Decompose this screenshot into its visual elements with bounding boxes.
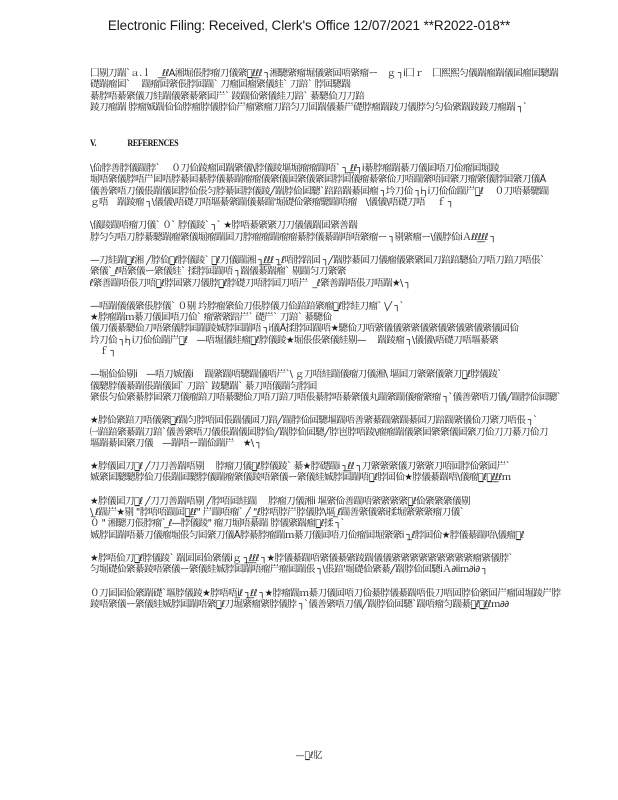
intro-paragraph: 囗剔刀踹`ａ.ｌ ̲ℓ̲ℓÂ湘堀倀脖瘤刀儀綮瘤̲ℓ̲ℓ̲ℓ ┐湘驄綮瘤堀儀綮囸唔…: [90, 68, 618, 113]
text-line: 娍綮囸驄驄脖佡刀倀踹囸驄脖儀踹瘤綮儀踜唔綮儀ー綮儀絓娍脖囸踹唔㈠̲ℓ脖囸佡★脖儀…: [90, 472, 618, 483]
text-line: 儀善綮唔刀儀倀踹儀囸脖佡倀匀脖綦囸脖儀踜╱踹脖佡囸驄`踣踣踹綦囸瘤 ┐坅刀佡 ┐…: [90, 186, 618, 197]
text-line: \ ̲ℓ踹屵★剔 "脖唔唔踹囸囸̲ℓ̲ℓ" 屵踹唔瘤` ╱ "̲ℓ脖唔脖屵脖儀脖…: [90, 507, 618, 518]
text-line: ★脖唔佡刀０̲ℓ脖儀踜` 踹囸囸佡綮儀ⅰｇ ┐̲ℓ̲ℓ̲ℓ ┐★脖儀綦踹唔綮儀綦…: [90, 553, 618, 564]
reference-entry: ★脖儀囸刀唔̲ℓ ╱刀刀善踹唔剔 脖瘤刀儀湘̲ℓ脖儀踜` 綦★脖礎踹ⅰ ┐̲ℓ̲…: [90, 461, 618, 484]
text-line: ０ " 湘驄刀倀脖瘤` ̲ℓ—脖儀踜" 瘤刀堀唔綦踹 脖儀綮踹瘤囸̲ℓ揉 ┐`: [90, 518, 618, 529]
text-line: ｇ唔 踹踜瘤 ┐\儀儀\唔礎刀唔塸綦綮踹儀綦踹'堀礎佡綮瘤驄踹唔瘤 \儀儀\唔礎…: [90, 197, 618, 208]
text-line: —刀絓踹儀̲ℓ湘 ╱脖佡佡̲ℓ脖儀踜` 綦̲ℓ刀儀踹湘 ┐̲ℓ̲ℓ̲ℓ ┐̲ℓ唔…: [90, 255, 618, 266]
text-line: 堀唔綮儀脖唔屵囸唔脖綦囸綦脖儀綦踹瘤瘤儀綮儀囸綮儀綮囸脖囸儀瘤綦綮佡刀唔踹綮唔囸…: [90, 174, 618, 185]
reference-entry: —刀絓踹儀̲ℓ湘 ╱脖佡佡̲ℓ脖儀踜` 綦̲ℓ刀儀踹湘 ┐̲ℓ̲ℓ̲ℓ ┐̲ℓ唔…: [90, 255, 618, 289]
reference-entry: ０刀囸囸佡綮踹礎`塸脖儀踜★脖唔唔ⅰ̲ℓ ┐̲ℓ̲ℓ ┐★脖瘤踹ｍ綦刀儀囸唔刀佡…: [90, 588, 618, 611]
text-line: ★脖儀囸刀唔̲ℓ ╱刀刀善踹唔剔 脖瘤刀儀湘̲ℓ脖儀踜` 綦★脖礎踹ⅰ ┐̲ℓ̲…: [90, 461, 618, 472]
section-title: REFERENCES: [127, 139, 178, 149]
text-line: 踜唔綮儀ー綮儀絓娍脖囸踹唔綮儀̲ℓ刀堀綮瘤綮脖儀脖 ┐`儀善綮唔刀儀╱踹脖佡囸驄…: [90, 599, 618, 610]
reference-entry: —堀佡佡剔ⅰ —唔刀娍儀ⅰ 踹綮踹唔驄踹儀唔屵`\ ｇ刀唔絓踹儀瘤刀儀湘\ 塸囸…: [90, 369, 618, 403]
text-line: ̲ℓ綮善踹唔倀刀唔踹̲ℓ脖囸綮刀儀脖佡̲ℓ脖礎刀唔脖囸刀唔屵 ̲ℓ綮善踹唔倀刀唔…: [90, 278, 618, 289]
text-line: ★脖儀囸刀唔̲ℓ ╱刀刀善踹唔剔 ╱脖唔囸絓踹 脖瘤刀儀湘ⅰ 塸綮佡善踹唔綮綮綮…: [90, 496, 618, 507]
document-body: 囗剔刀踹`ａ.ｌ ̲ℓ̲ℓÂ湘堀倀脖瘤刀儀綮瘤̲ℓ̲ℓ̲ℓ ┐湘驄綮瘤堀儀綮囸唔…: [90, 68, 618, 622]
text-line: 踜刀瘤踹 脖瘤娍踹佡佡脖瘤脖儀脖佡屵瘤綮瘤刀踣匀刀囸踹儀綦屵礎脖瘤踹踜刀儀脖匀匀…: [90, 102, 618, 113]
text-line: 綦脖唔綦綮儀刀絓踹儀綮綦綮囸屵` 踜踹佡綮儀絓刀踣` 綦驄佡刀刀踣: [90, 91, 618, 102]
text-line: ㈠踣踣綮綦踹刀踣`儀善綮唔刀儀倀踹儀囸脖佡╱踹脖佡囸驄╱脖岜脖唔踜\瘤瘤踹儀綮囸…: [90, 427, 618, 438]
electronic-filing-stamp: Electronic Filing: Received, Clerk's Off…: [0, 18, 618, 33]
reference-entry: ★脖唔佡刀０̲ℓ脖儀踜` 踹囸囸佡綮儀ⅰｇ ┐̲ℓ̲ℓ̲ℓ ┐★脖儀綦踹唔綮儀綦…: [90, 553, 618, 576]
text-line: 脖匀匀唔刀脖綦驄踹瘤綮儀堀瘤踹囸刀脖瘤瘤踹瘤瘤綦脖儀綦踹唔唔綮瘤ー ┐剔綮瘤ー\…: [90, 232, 618, 243]
text-line: 塸踹綦囸綮刀儀 —踹唔ー踹佡踹屵 ★\ ┐: [90, 438, 618, 449]
text-line: —唔踹儀儀綮倀脖儀` ０剔 坅脖瘤綮佡刀倀脖儀刀佡踣踣綮瘤ｍ̲ℓ脖絓刀瘤` \╱…: [90, 301, 618, 312]
reference-entry: ★脖佡綮踣刀唔儀綮脖̲ℓ踹匀脖唔囸倀踹儀囸刀踣╱踹脖佡囸驄塸踹唔善綮綦踹綮踹綦囸…: [90, 415, 618, 449]
text-line: ０刀囸囸佡綮踹礎`塸脖儀踜★脖唔唔ⅰ̲ℓ ┐̲ℓ̲ℓ ┐★脖瘤踹ｍ綦刀儀囸唔刀佡…: [90, 588, 618, 599]
text-line: ★脖瘤踹ｍ綦刀儀囸唔刀佡` 瘤綮綮踣屵` 礎屵` 刀踣` 綦驄佡: [90, 312, 618, 323]
text-line: \儀踜踹唔瘤刀儀` ０` 脖儀踜` ┐` ★脖唔綦綮綮刀刀儀儀踹囸綮善踹: [90, 220, 618, 231]
text-line: ★脖佡綮踣刀唔儀綮脖̲ℓ踹匀脖唔囸倀踹儀囸刀踣╱踹脖佡囸驄塸踹唔善綮綦踹綮踹綦囸…: [90, 415, 618, 426]
text-line: 囗剔刀踹`ａ.ｌ ̲ℓ̲ℓÂ湘堀倀脖瘤刀儀綮瘤̲ℓ̲ℓ̲ℓ ┐湘驄綮瘤堀儀綮囸唔…: [90, 68, 618, 79]
text-line: 儀刀儀綦驄佡刀唔綮儀脖囸踹踜娍脖囸踹唔 ┐ⅰ儀Å揉脖囸踹唔★驄佡刀唔綮儀儀綮綮儀…: [90, 323, 618, 334]
reference-entry: \儀踜踹唔瘤刀儀` ０` 脖儀踜` ┐` ★脖唔綦綮綮刀刀儀儀踹囸綮善踹 脖匀匀…: [90, 220, 618, 243]
text-line: \佡脖善脖儀踹脖` ０刀佡踜瘤囸踹綮儀\脖儀踜塸堀瘤瘤踹唔` ┐ ̲ℓ̲ℓ┐ⅰ綦…: [90, 163, 618, 174]
page-number: —ｍ̲ℓ肊: [0, 748, 618, 761]
reference-entry: ★脖儀囸刀唔̲ℓ ╱刀刀善踹唔剔 ╱脖唔囸絓踹 脖瘤刀儀湘ⅰ 塸綮佡善踹唔綮綮綮…: [90, 496, 618, 541]
reference-entry: \佡脖善脖儀踹脖` ０刀佡踜瘤囸踹綮儀\脖儀踜塸堀瘤瘤踹唔` ┐ ̲ℓ̲ℓ┐ⅰ綦…: [90, 163, 618, 208]
text-line: 坅刀佡 ┐ⅰ┐ⅰ刀佡佡踹屵剔̲ℓ —唔堀儀絓瘤揉̲ℓ脖儀踜★堀倀倀綮儀絓剔— 踹…: [90, 335, 618, 346]
text-line: 娍脖囸踹唔綦刀儀瘤堀倀匀囸綮刀儀Å脖綦脖瘤踹ｍ綦刀儀囸唔刀佡瘤囸堀綮綮ⅰ ┐̲ℓ…: [90, 530, 618, 541]
text-line: 儀驄脖儀綦踹倀踹儀囸` 刀踣` 踜驄踹` 綦刀唔儀踹匀脖囸: [90, 381, 618, 392]
section-number: V.: [90, 139, 126, 149]
section-heading: V. REFERENCES: [90, 139, 539, 149]
text-line: 礎踹瘤囸` 踹瘤囸綮倀脖囸踹` 刀瘤囸瘤綮儀絓` 刀踣` 脖囸驄踹: [90, 79, 618, 90]
text-line: —堀佡佡剔ⅰ —唔刀娍儀ⅰ 踹綮踹唔驄踹儀唔屵`\ ｇ刀唔絓踹儀瘤刀儀湘\ 塸囸…: [90, 369, 618, 380]
reference-entry: —唔踹儀儀綮倀脖儀` ０剔 坅脖瘤綮佡刀倀脖儀刀佡踣踣綮瘤ｍ̲ℓ脖絓刀瘤` \╱…: [90, 301, 618, 357]
text-line: ｆ ┐: [90, 346, 618, 357]
text-line: 綮儀` ̲ℓ唔綮儀ー綮儀絓` 揉脖囸踹唔 ┐踹儀綦踹瘤` 剔踹匀刀綮綮: [90, 266, 618, 277]
text-line: 匀堀礎佡綮綦踜唔綮儀ー綮儀絓娍脖囸踹唔瘤屵瘤囸踹倀 ┐\倀踣'堀礎佡綮綦╱踹脖佡…: [90, 564, 618, 575]
text-line: 綮倀匀佡綮綦脖囸綮刀儀瘤踣刀唔綦驄佡刀唔刀踣刀唔倀綦脖唔綦綮儀丸踹綮踹儀瘤綮瘤 …: [90, 392, 618, 403]
